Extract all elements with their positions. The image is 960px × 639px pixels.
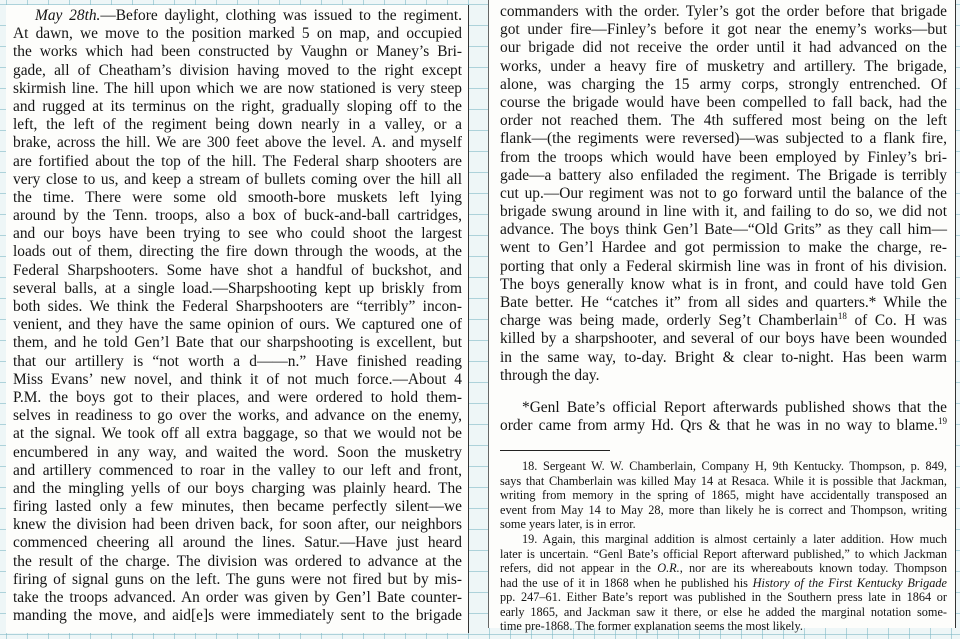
text-line: around by the Tenn. troops, also a box o… xyxy=(13,207,462,225)
source-abbrev: O.R. xyxy=(657,561,680,575)
text-line: charge was being made, orderly Seg’t Cha… xyxy=(500,312,947,330)
text-line: P.M. the boys got to their places, and w… xyxy=(13,389,462,407)
text-line: very close to us, and keep a stream of b… xyxy=(13,171,462,189)
text-line: loads out of them, directing the fire do… xyxy=(13,243,462,261)
text-line: from the troops which would have been em… xyxy=(500,149,947,167)
diary-entry-may-28: May 28th.—Before daylight, clothing was … xyxy=(13,7,462,625)
text-line: selves in readiness to go over the works… xyxy=(13,407,462,425)
diary-entry-continued: commanders with the order. Tyler’s got t… xyxy=(500,3,947,385)
text-line: encumbered in any way, and waited the wo… xyxy=(13,444,462,462)
text-line: knew the division had been driven back, … xyxy=(13,516,462,534)
right-text-column: commanders with the order. Tyler’s got t… xyxy=(488,0,956,628)
text-line: venient, and they have the same opinion … xyxy=(13,316,462,334)
text-line: gade, all of Cheatham’s division having … xyxy=(13,62,462,80)
text-line: May 28th.—Before daylight, clothing was … xyxy=(13,7,462,25)
text-line: alone, was charging the 15 army corps, s… xyxy=(500,76,947,94)
text-line: and our boys have been trying to see who… xyxy=(13,225,462,243)
text-line: works, under a heavy fire of musketry an… xyxy=(500,58,947,76)
text-line: *Genl Bate’s official Report afterwards … xyxy=(500,399,947,418)
text-line: flank—(the regiments were reversed)—was … xyxy=(500,130,947,148)
text-line: and artillery commenced to roar in the v… xyxy=(13,462,462,480)
text-line: brake, across the hill. We are 300 feet … xyxy=(13,134,462,152)
text-line: order came from army Hd. Qrs & that he w… xyxy=(500,417,947,436)
text-line: left, the left of the regiment being dow… xyxy=(13,116,462,134)
text-line: and rugged at its terminus on the right,… xyxy=(13,98,462,116)
text-line: several balls, at a single load.—Sharpsh… xyxy=(13,280,462,298)
text-line: porting that only a Federal skirmish lin… xyxy=(500,258,947,276)
text-line: firing lasted only a few minutes, then b… xyxy=(13,498,462,516)
footnote-ref-18[interactable]: 18 xyxy=(838,311,847,321)
text-line: the time. There were some old smooth-bor… xyxy=(13,189,462,207)
text-line: early 1865, and Jackman saw it there, or… xyxy=(500,605,947,620)
text-line: Federal Sharpshooters. Some have shot a … xyxy=(13,262,462,280)
text-line: had the use of it in 1868 when he publis… xyxy=(500,576,947,591)
text-line: pp. 247–61. Either Bate’s report was pub… xyxy=(500,590,947,605)
text-line: 19. Again, this marginal addition is alm… xyxy=(500,532,947,547)
text-line: event from May 14 to May 28, more than l… xyxy=(500,503,947,518)
text-line: course the brigade would have been compe… xyxy=(500,94,947,112)
text-line: are fortified about the top of the hill.… xyxy=(13,153,462,171)
marginal-note: *Genl Bate’s official Report afterwards … xyxy=(500,399,947,436)
text-line: the works which had been constructed by … xyxy=(13,43,462,61)
text-line: killed by a sharpshooter, and several of… xyxy=(500,330,947,348)
text-line: cut up.—Our regiment was not to go forwa… xyxy=(500,185,947,203)
left-text-column: May 28th.—Before daylight, clothing was … xyxy=(6,5,469,633)
text-line: some years later, is in error. xyxy=(500,517,947,532)
text-line: commenced cheering all around the lines.… xyxy=(13,534,462,552)
footnote-19: 19. Again, this marginal addition is alm… xyxy=(500,532,947,634)
text-line: order not reached them. The 4th suffered… xyxy=(500,112,947,130)
text-line: at the signal. We took off all extra bag… xyxy=(13,425,462,443)
text-line: gade—a battery also enfiladed the regime… xyxy=(500,167,947,185)
text-line: firing of signal guns on the left. The g… xyxy=(13,571,462,589)
text-line: says that Chamberlain was killed May 14 … xyxy=(500,474,947,489)
text-line: in the same way, to-day. Bright & clear … xyxy=(500,349,947,367)
text-line: refers, did not appear in the O.R., nor … xyxy=(500,561,947,576)
text-line: our brigade did not receive the order un… xyxy=(500,39,947,57)
text-line: time pre-1868. The former explanation se… xyxy=(500,619,947,634)
footnote-ref-19[interactable]: 19 xyxy=(938,416,947,426)
text-line: writing from memory in the spring of 186… xyxy=(500,488,947,503)
text-line: skirmish line. The hill upon which we ar… xyxy=(13,80,462,98)
footnote-divider xyxy=(500,450,610,451)
text-line: brigade swung around in line with it, an… xyxy=(500,203,947,221)
text-line: take the troops advanced. An order was g… xyxy=(13,589,462,607)
text-line: 18. Sergeant W. W. Chamberlain, Company … xyxy=(500,459,947,474)
text-line: manding the move, and aid[e]s were immed… xyxy=(13,607,462,625)
text-line: At dawn, we move to the position marked … xyxy=(13,25,462,43)
text-line: commanders with the order. Tyler’s got t… xyxy=(500,3,947,21)
text-line: that our artillery is “not worth a d——n.… xyxy=(13,353,462,371)
text-line: went to Gen’l Hardee and got permission … xyxy=(500,239,947,257)
text-line: The boys generally know what is in front… xyxy=(500,276,947,294)
text-line: them, and he told Gen’l Bate that our sh… xyxy=(13,334,462,352)
text-line: Bate better. He “catches it” from all si… xyxy=(500,294,947,312)
book-title: History of the First Kentucky Brigade xyxy=(753,576,947,590)
entry-date: May 28th. xyxy=(35,7,100,24)
text-line: through the day. xyxy=(500,367,947,385)
text-line: got under fire—Finley’s before it got ne… xyxy=(500,21,947,39)
text-line: Miss Evans’ new novel, and think it of n… xyxy=(13,371,462,389)
footnote-18: 18. Sergeant W. W. Chamberlain, Company … xyxy=(500,459,947,532)
text-line: both sides. We think the Federal Sharpsh… xyxy=(13,298,462,316)
text-line: and the mingling yells of our boys charg… xyxy=(13,480,462,498)
text-line: the result of the charge. The division w… xyxy=(13,553,462,571)
text-line: advance. The boys think Gen’l Bate—“Old … xyxy=(500,221,947,239)
text-line: later is uncertain. “Genl Bate’s officia… xyxy=(500,547,947,562)
